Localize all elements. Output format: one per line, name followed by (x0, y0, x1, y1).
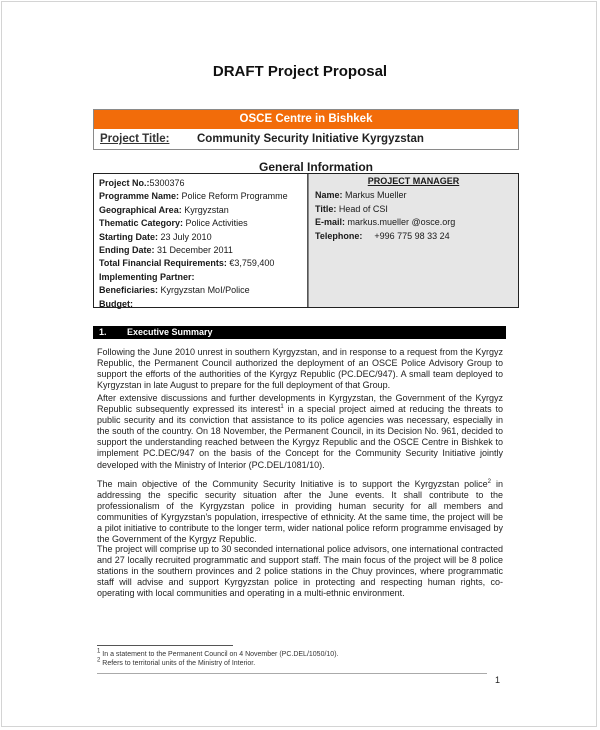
field-ending-date: Ending Date: 31 December 2011 (99, 244, 307, 257)
section-heading-executive-summary: 1. Executive Summary (93, 326, 506, 339)
project-title-value: Community Security Initiative Kyrgyzstan (197, 129, 424, 149)
general-information-table: Project No.:5300376 Programme Name: Poli… (93, 173, 519, 308)
section-title: Executive Summary (127, 326, 213, 339)
pm-title: Title: Head of CSI (315, 203, 518, 217)
project-title-row: Project Title: Community Security Initia… (94, 129, 518, 149)
footnote: 2 Refers to territorial units of the Min… (97, 660, 255, 667)
pm-name: Name: Markus Mueller (315, 189, 518, 203)
field-geographical-area: Geographical Area: Kyrgyzstan (99, 204, 307, 217)
field-project-no: Project No.:5300376 (99, 177, 307, 190)
general-information-heading: General Information (0, 160, 600, 174)
paragraph: The main objective of the Community Secu… (97, 479, 503, 546)
project-header-box: OSCE Centre in Bishkek Project Title: Co… (93, 109, 519, 150)
organization-band: OSCE Centre in Bishkek (94, 110, 518, 129)
document-title: DRAFT Project Proposal (0, 63, 600, 80)
project-title-label: Project Title: (100, 129, 169, 149)
footer-rule (97, 673, 487, 674)
field-beneficiaries: Beneficiaries: Kyrgyzstan MoI/Police (99, 284, 307, 297)
field-total-financial: Total Financial Requirements: €3,759,400 (99, 257, 307, 270)
pm-telephone: Telephone:+996 775 98 33 24 (315, 230, 518, 244)
project-manager-heading: PROJECT MANAGER (315, 175, 518, 189)
page-number: 1 (495, 675, 500, 685)
field-thematic-category: Thematic Category: Police Activities (99, 217, 307, 230)
paragraph: The project will comprise up to 30 secon… (97, 544, 503, 599)
pm-email: E-mail: markus.mueller @osce.org (315, 216, 518, 230)
footnote-separator (97, 645, 233, 646)
paragraph: Following the June 2010 unrest in southe… (97, 347, 503, 391)
field-programme-name: Programme Name: Police Reform Programme (99, 190, 307, 203)
project-details: Project No.:5300376 Programme Name: Poli… (94, 174, 308, 307)
project-manager-panel: PROJECT MANAGER Name: Markus Mueller Tit… (308, 174, 518, 307)
field-budget: Budget: (99, 298, 307, 311)
footnote: 1 In a statement to the Permanent Counci… (97, 651, 338, 658)
paragraph: After extensive discussions and further … (97, 393, 503, 471)
section-number: 1. (99, 326, 107, 339)
pm-email-link[interactable]: markus.mueller @osce.org (348, 217, 456, 227)
field-starting-date: Starting Date: 23 July 2010 (99, 231, 307, 244)
field-implementing-partner: Implementing Partner: (99, 271, 307, 284)
